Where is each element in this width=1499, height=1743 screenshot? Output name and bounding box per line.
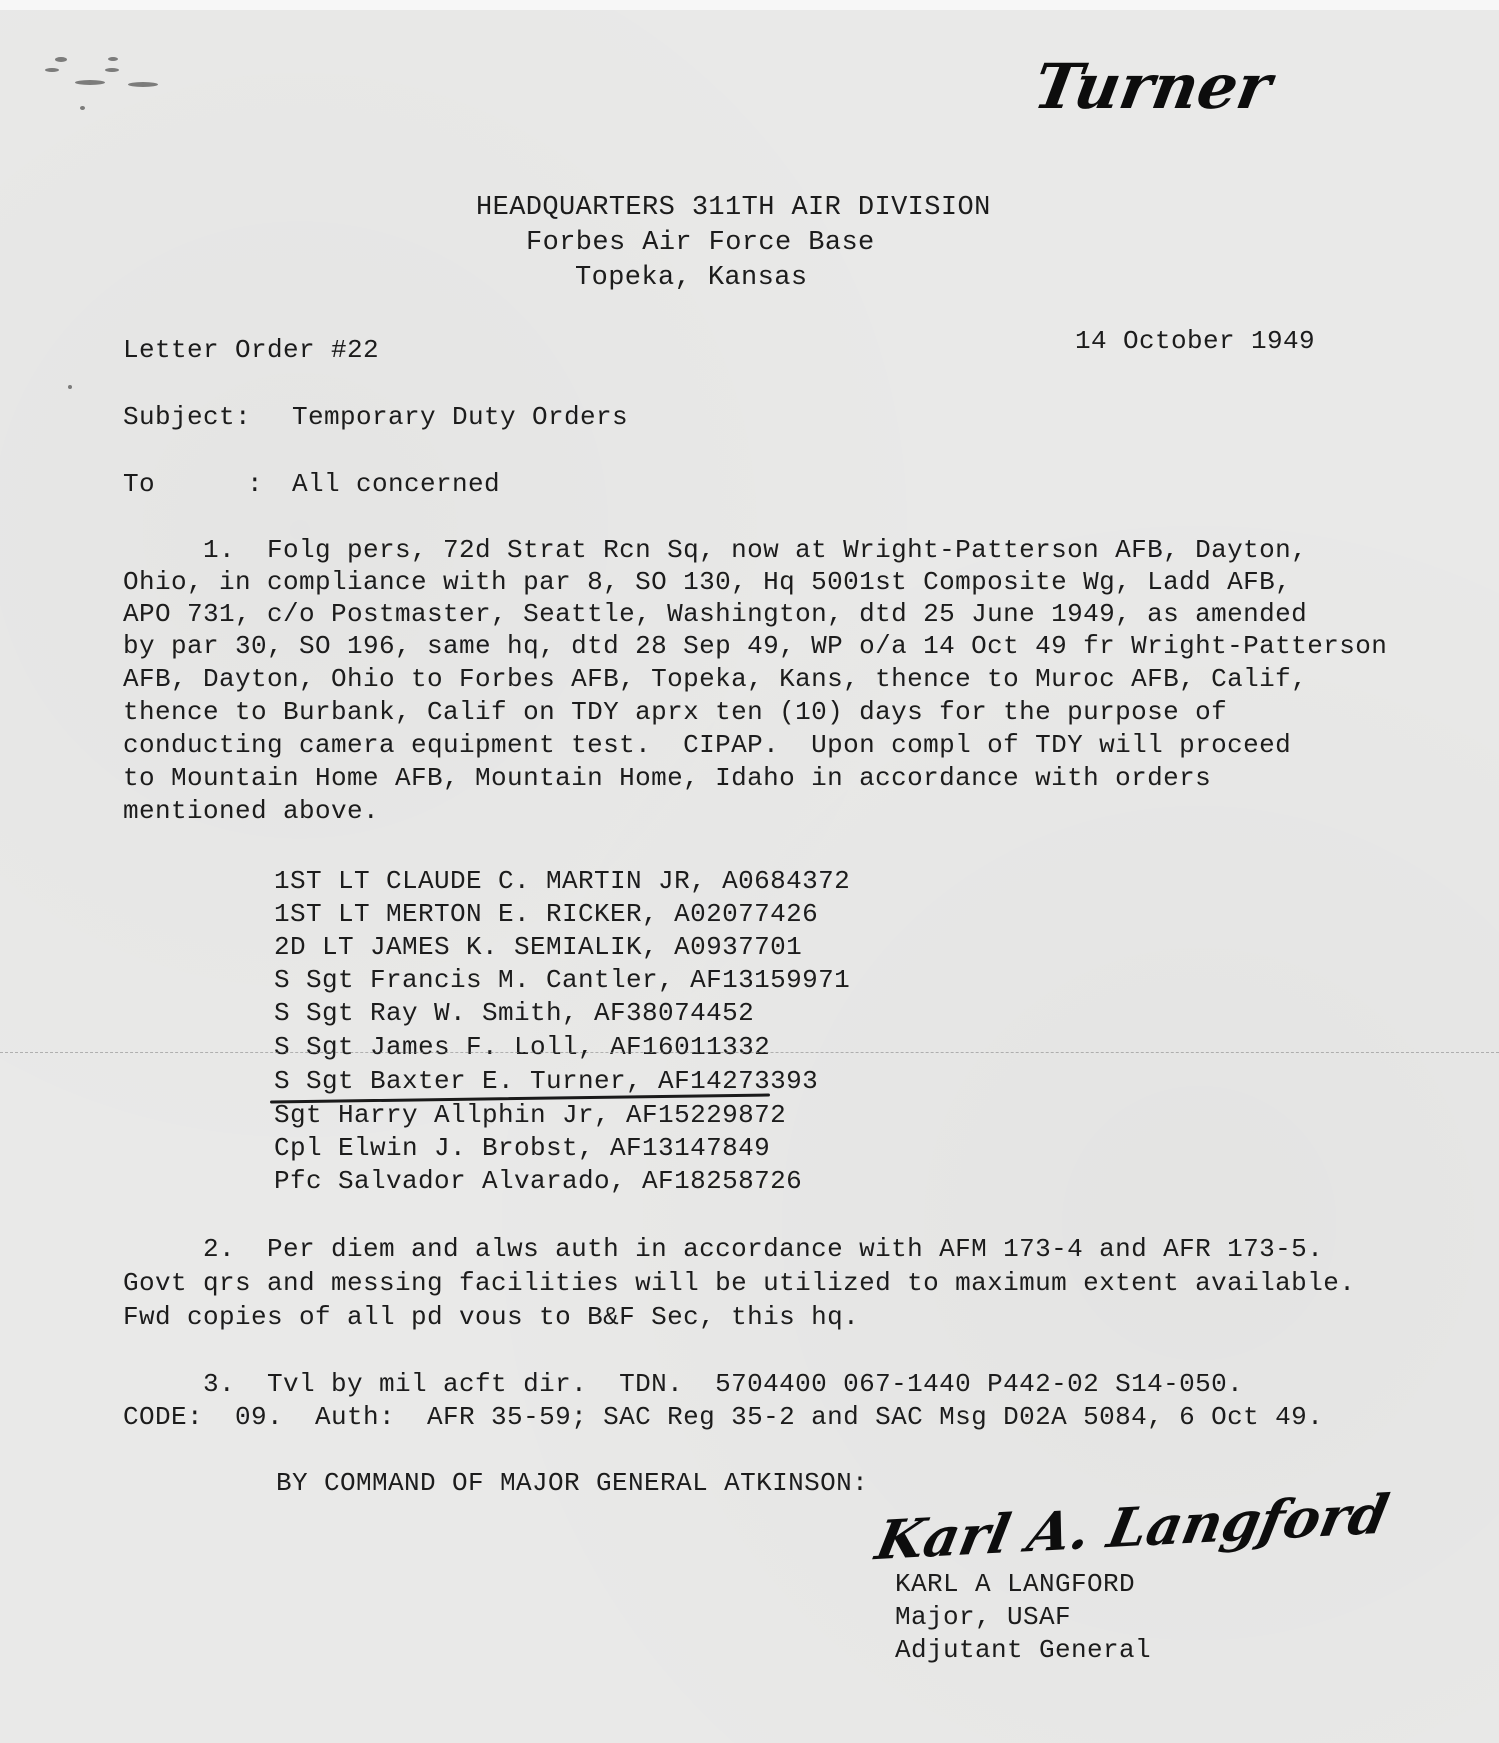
- subject-value: Temporary Duty Orders: [292, 404, 628, 430]
- paragraph-2-line: Fwd copies of all pd vous to B&F Sec, th…: [123, 1304, 859, 1330]
- letterhead-line-2: Forbes Air Force Base: [526, 230, 875, 257]
- personnel-item: Pfc Salvador Alvarado, AF18258726: [274, 1168, 802, 1194]
- paragraph-2-line: Govt qrs and messing facilities will be …: [123, 1270, 1355, 1296]
- paragraph-3-line: 3. Tvl by mil acft dir. TDN. 5704400 067…: [123, 1371, 1243, 1397]
- personnel-item: Cpl Elwin J. Brobst, AF13147849: [274, 1135, 770, 1161]
- personnel-item: S Sgt Francis M. Cantler, AF13159971: [274, 967, 850, 993]
- letterhead-line-1: HEADQUARTERS 311TH AIR DIVISION: [476, 195, 991, 222]
- order-number: Letter Order #22: [123, 337, 379, 363]
- signatory-title: Adjutant General: [895, 1637, 1151, 1663]
- paragraph-1-line: Ohio, in compliance with par 8, SO 130, …: [123, 569, 1291, 595]
- scan-top-edge: [0, 0, 1499, 10]
- paragraph-1-line: 1. Folg pers, 72d Strat Rcn Sq, now at W…: [123, 537, 1307, 563]
- paragraph-1-line: AFB, Dayton, Ohio to Forbes AFB, Topeka,…: [123, 666, 1307, 692]
- paper-fold-line: [0, 1052, 1499, 1053]
- paragraph-1-line: conducting camera equipment test. CIPAP.…: [123, 732, 1291, 758]
- signatory-name: KARL A LANGFORD: [895, 1571, 1135, 1597]
- to-colon: :: [247, 471, 263, 497]
- command-line: BY COMMAND OF MAJOR GENERAL ATKINSON:: [276, 1470, 868, 1496]
- personnel-item: 2D LT JAMES K. SEMIALIK, A0937701: [274, 934, 802, 960]
- letterhead-line-3: Topeka, Kansas: [575, 265, 807, 292]
- personnel-item-highlighted: S Sgt Baxter E. Turner, AF14273393: [274, 1068, 818, 1094]
- personnel-item: Sgt Harry Allphin Jr, AF15229872: [274, 1102, 786, 1128]
- subject-label: Subject:: [123, 404, 251, 430]
- personnel-item: 1ST LT MERTON E. RICKER, A02077426: [274, 901, 818, 927]
- paragraph-3-line: CODE: 09. Auth: AFR 35-59; SAC Reg 35-2 …: [123, 1404, 1323, 1430]
- personnel-item: 1ST LT CLAUDE C. MARTIN JR, A0684372: [274, 868, 850, 894]
- paragraph-1-line: to Mountain Home AFB, Mountain Home, Ida…: [123, 765, 1211, 791]
- to-value: All concerned: [292, 471, 500, 497]
- document-date: 14 October 1949: [1075, 328, 1315, 354]
- paragraph-1-line: APO 731, c/o Postmaster, Seattle, Washin…: [123, 601, 1307, 627]
- personnel-item: S Sgt Ray W. Smith, AF38074452: [274, 1000, 754, 1026]
- paragraph-1-line: thence to Burbank, Calif on TDY aprx ten…: [123, 699, 1227, 725]
- to-label: To: [123, 471, 155, 497]
- signatory-rank: Major, USAF: [895, 1604, 1071, 1630]
- personnel-item: S Sgt James F. Loll, AF16011332: [274, 1034, 770, 1060]
- paragraph-1-line: mentioned above.: [123, 798, 379, 824]
- paragraph-2-line: 2. Per diem and alws auth in accordance …: [123, 1236, 1323, 1262]
- handwritten-note: Turner: [1029, 50, 1277, 123]
- paragraph-1-line: by par 30, SO 196, same hq, dtd 28 Sep 4…: [123, 633, 1387, 659]
